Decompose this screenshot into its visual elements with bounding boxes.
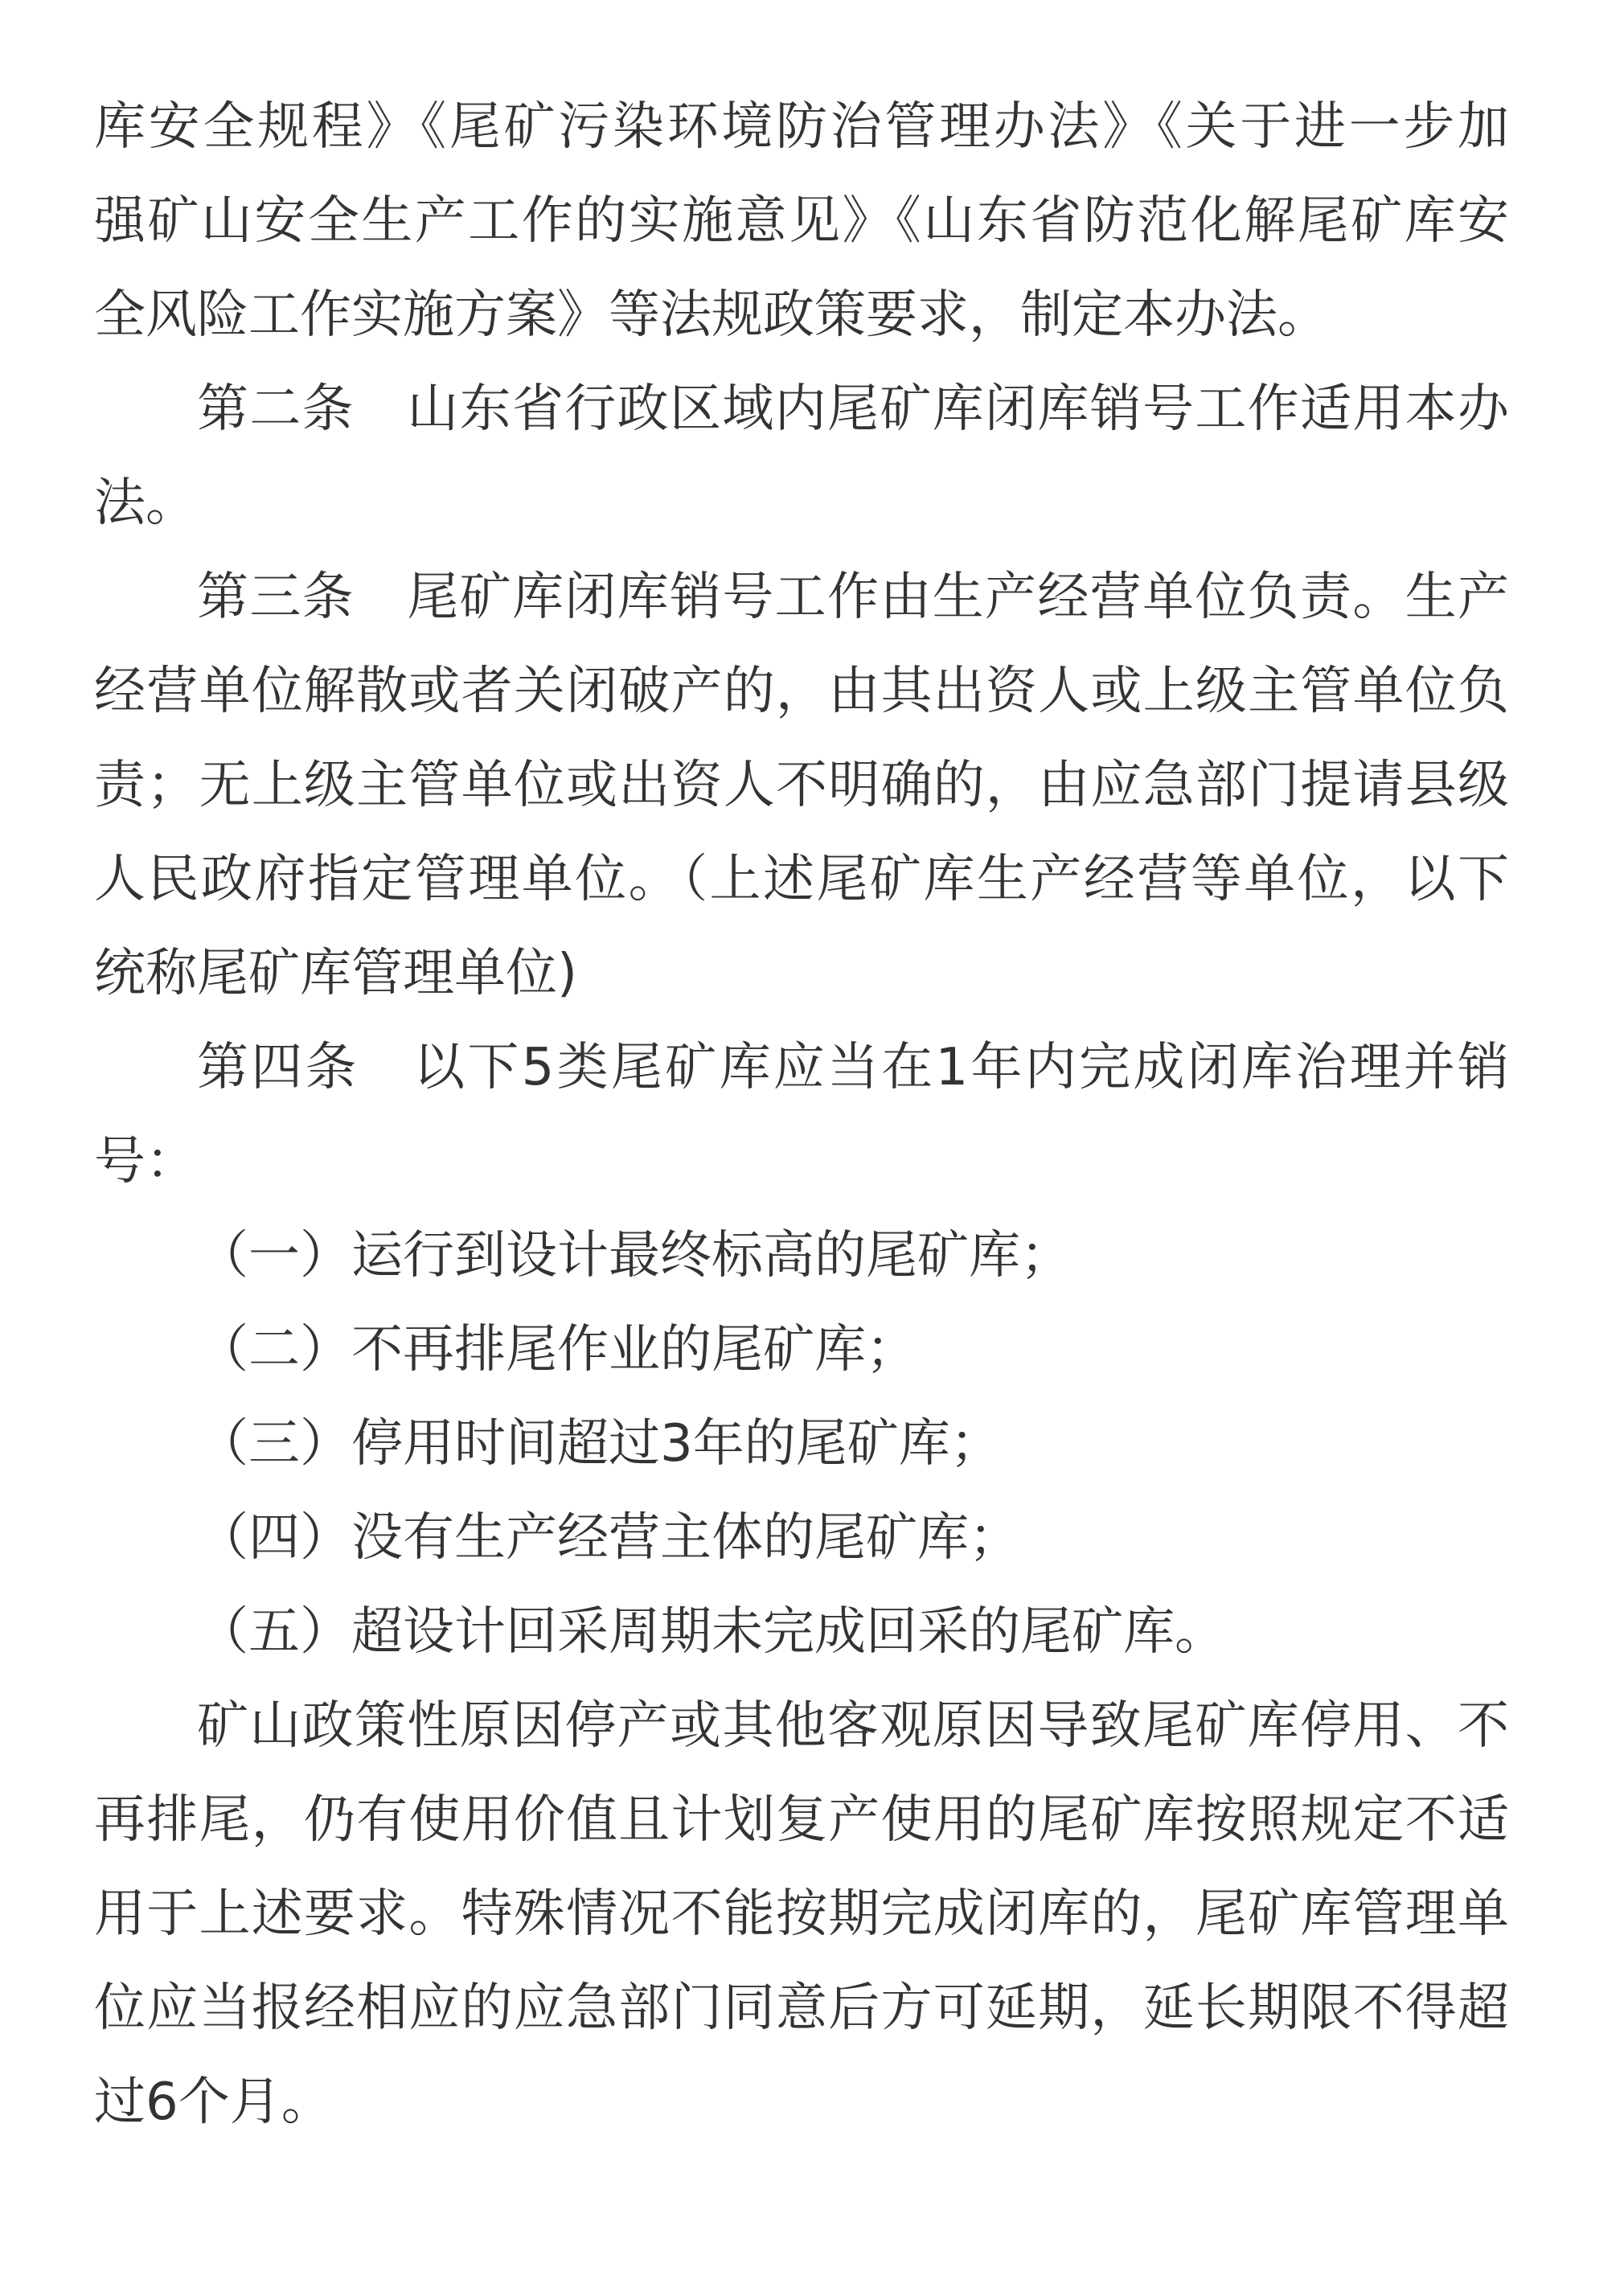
text-line: 经营单位解散或者关闭破产的，由其出资人或上级主管单位负 <box>94 645 1509 739</box>
text-line: 用于上述要求。特殊情况不能按期完成闭库的，尾矿库管理单 <box>94 1868 1509 1962</box>
text-line: 过6个月。 <box>94 2056 1509 2150</box>
text-line: 第四条 以下5类尾矿库应当在1年内完成闭库治理并销 <box>94 1021 1509 1115</box>
document-text-block: 库安全规程》《尾矿污染环境防治管理办法》《关于进一步加 强矿山安全生产工作的实施… <box>94 80 1509 2150</box>
text-line: 再排尾，仍有使用价值且计划复产使用的尾矿库按照规定不适 <box>94 1773 1509 1868</box>
text-line: 号： <box>94 1115 1509 1209</box>
text-line: 统称尾矿库管理单位) <box>94 927 1509 1021</box>
text-line: 位应当报经相应的应急部门同意后方可延期，延长期限不得超 <box>94 1962 1509 2056</box>
text-line list-item: （四）没有生产经营主体的尾矿库； <box>94 1491 1509 1585</box>
text-line: 矿山政策性原因停产或其他客观原因导致尾矿库停用、不 <box>94 1679 1509 1773</box>
text-line: 第二条 山东省行政区域内尾矿库闭库销号工作适用本办 <box>94 363 1509 457</box>
text-line: 法。 <box>94 457 1509 551</box>
document-page: 库安全规程》《尾矿污染环境防治管理办法》《关于进一步加 强矿山安全生产工作的实施… <box>0 0 1624 2296</box>
text-line list-item: （一）运行到设计最终标高的尾矿库； <box>94 1209 1509 1303</box>
text-line list-item: （五）超设计回采周期未完成回采的尾矿库。 <box>94 1585 1509 1679</box>
text-line: 第三条 尾矿库闭库销号工作由生产经营单位负责。生产 <box>94 551 1509 645</box>
text-line list-item: （二）不再排尾作业的尾矿库； <box>94 1303 1509 1397</box>
text-line: 强矿山安全生产工作的实施意见》《山东省防范化解尾矿库安 <box>94 174 1509 269</box>
text-line: 责；无上级主管单位或出资人不明确的，由应急部门提请县级 <box>94 739 1509 833</box>
text-line: 人民政府指定管理单位。（上述尾矿库生产经营等单位，以下 <box>94 833 1509 927</box>
text-line: 库安全规程》《尾矿污染环境防治管理办法》《关于进一步加 <box>94 80 1509 174</box>
text-line: 全风险工作实施方案》等法规政策要求，制定本办法。 <box>94 269 1509 363</box>
text-line list-item: （三）停用时间超过3年的尾矿库； <box>94 1397 1509 1491</box>
